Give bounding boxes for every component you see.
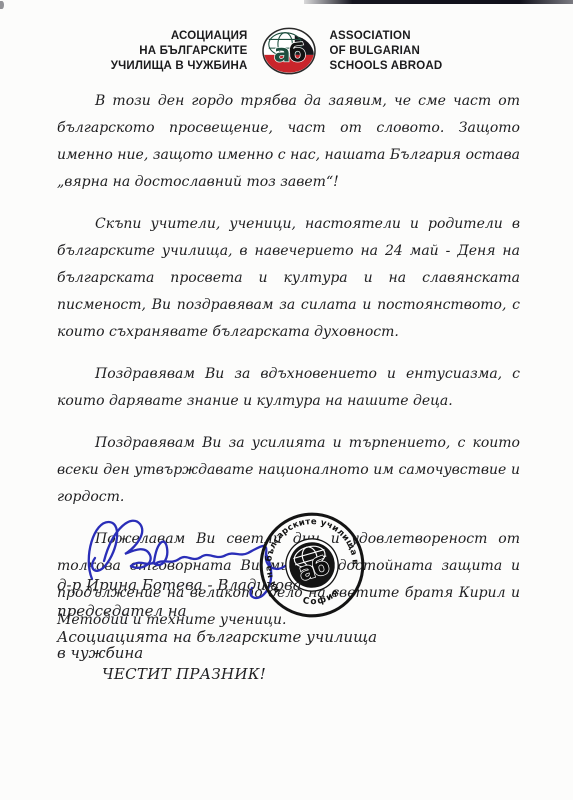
- paragraph: Поздравявам Ви за усилията и търпението,…: [57, 430, 520, 511]
- signoff-block: д-р Ирина Ботева - Владикова председател…: [57, 577, 387, 671]
- org-name-line: SCHOOLS ABROAD: [330, 59, 521, 74]
- org-name-line: ASSOCIATION: [330, 29, 521, 44]
- association-logo-icon: аб: [260, 25, 318, 81]
- org-name-line: АСОЦИАЦИЯ: [57, 29, 248, 44]
- org-name-line: УЧИЛИЩА В ЧУЖБИНА: [57, 59, 248, 74]
- scan-artifact: [304, 0, 573, 4]
- org-name-bulgarian: АСОЦИАЦИЯ НА БЪЛГАРСКИТЕ УЧИЛИЩА В ЧУЖБИ…: [57, 25, 248, 74]
- signer-organization: Асоциацията на българските училища в чуж…: [57, 629, 387, 661]
- svg-text:аб: аб: [273, 39, 305, 68]
- scan-speck: [0, 1, 4, 9]
- logo-letter-b: б: [288, 39, 305, 68]
- signer-name: д-р Ирина Ботева - Владикова: [57, 577, 387, 593]
- signer-title: председател на: [57, 603, 387, 619]
- paragraph: Скъпи учители, ученици, настоятели и род…: [57, 211, 520, 346]
- org-name-line: OF BULGARIAN: [330, 44, 521, 59]
- scanned-letter-page: АСОЦИАЦИЯ НА БЪЛГАРСКИТЕ УЧИЛИЩА В ЧУЖБИ…: [0, 0, 573, 800]
- org-name-english: ASSOCIATION OF BULGARIAN SCHOOLS ABROAD: [330, 25, 521, 74]
- paragraph: В този ден гордо трябва да заявим, че см…: [57, 88, 520, 196]
- paragraph: Поздравявам Ви за вдъхновението и ентуси…: [57, 361, 520, 415]
- org-name-line: НА БЪЛГАРСКИТЕ: [57, 44, 248, 59]
- letterhead: АСОЦИАЦИЯ НА БЪЛГАРСКИТЕ УЧИЛИЩА В ЧУЖБИ…: [57, 25, 520, 81]
- logo-letter-a: а: [273, 39, 288, 68]
